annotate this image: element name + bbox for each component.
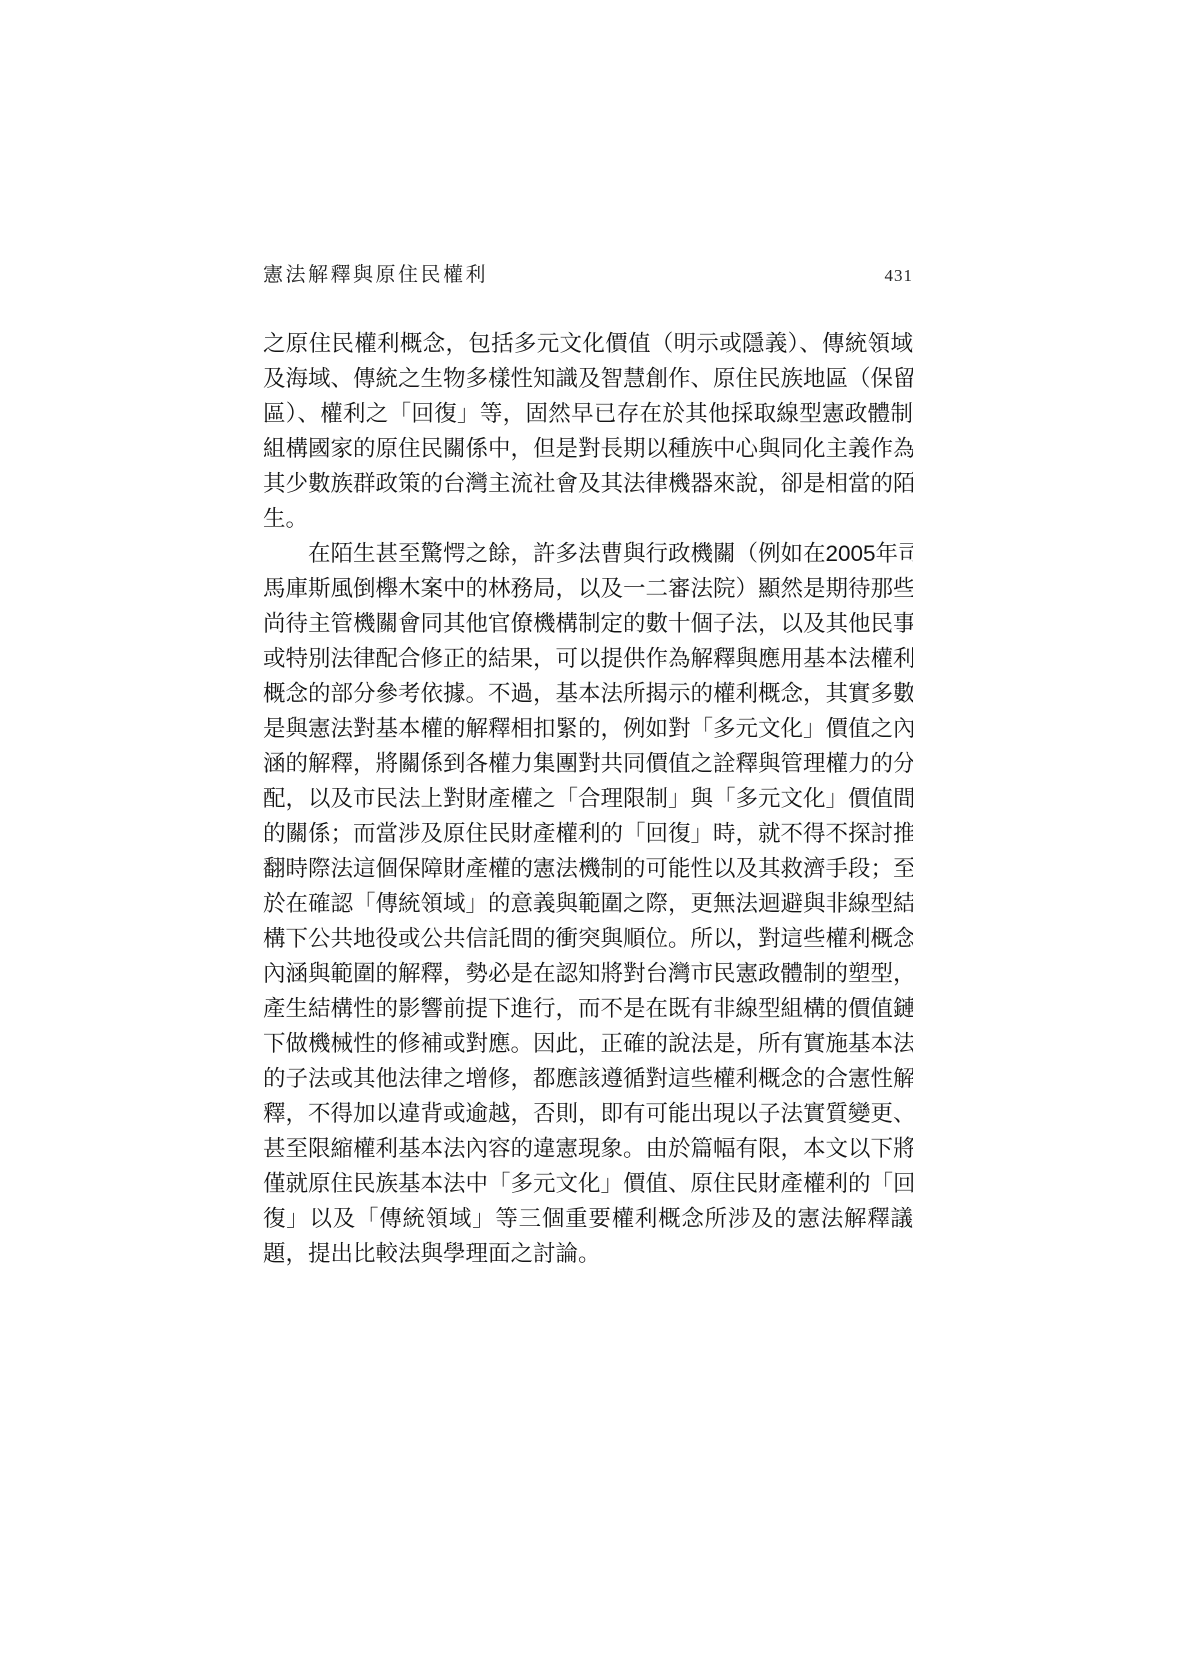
text-line: 構下公共地役或公共信託間的衝突與順位。所以，對這些權利概念 [263, 921, 913, 956]
running-header: 憲法解釋與原住民權利 431 [263, 258, 913, 287]
text-line: 涵的解釋，將關係到各權力集團對共同價值之詮釋與管理權力的分 [263, 746, 913, 781]
text-line: 內涵與範圍的解釋，勢必是在認知將對台灣市民憲政體制的塑型， [263, 956, 913, 991]
text-line: 的關係；而當涉及原住民財產權利的「回復」時，就不得不探討推 [263, 816, 913, 851]
text-line: 及海域、傳統之生物多樣性知識及智慧創作、原住民族地區（保留 [263, 361, 913, 396]
running-header-title: 憲法解釋與原住民權利 [263, 258, 488, 287]
text-line: 生。 [263, 501, 913, 536]
text-line: 是與憲法對基本權的解釋相扣緊的，例如對「多元文化」價值之內 [263, 711, 913, 746]
text-line: 或特別法律配合修正的結果，可以提供作為解釋與應用基本法權利 [263, 641, 913, 676]
text-line: 馬庫斯風倒櫸木案中的林務局，以及一二審法院）顯然是期待那些 [263, 571, 913, 606]
text-line: 配，以及市民法上對財產權之「合理限制」與「多元文化」價值間 [263, 781, 913, 816]
text-line: 之原住民權利概念，包括多元文化價值（明示或隱義）、傳統領域 [263, 326, 913, 361]
text-line: 釋，不得加以違背或逾越，否則，即有可能出現以子法實質變更、 [263, 1096, 913, 1131]
text-line: 概念的部分參考依據。不過，基本法所揭示的權利概念，其實多數 [263, 676, 913, 711]
text-line: 於在確認「傳統領域」的意義與範圍之際，更無法迴避與非線型結 [263, 886, 913, 921]
text-line: 組構國家的原住民關係中，但是對長期以種族中心與同化主義作為 [263, 431, 913, 466]
text-line: 復」以及「傳統領域」等三個重要權利概念所涉及的憲法解釋議 [263, 1201, 913, 1236]
text-line: 在陌生甚至驚愕之餘，許多法曹與行政機關（例如在2005年司 [263, 536, 913, 571]
text-line: 區）、權利之「回復」等，固然早已存在於其他採取線型憲政體制 [263, 396, 913, 431]
text-line: 題，提出比較法與學理面之討論。 [263, 1236, 913, 1271]
text-line: 翻時際法這個保障財產權的憲法機制的可能性以及其救濟手段；至 [263, 851, 913, 886]
text-line: 的子法或其他法律之增修，都應該遵循對這些權利概念的合憲性解 [263, 1061, 913, 1096]
document-page: 憲法解釋與原住民權利 431 之原住民權利概念，包括多元文化價值（明示或隱義）、… [0, 0, 1177, 1664]
body-text: 之原住民權利概念，包括多元文化價值（明示或隱義）、傳統領域 及海域、傳統之生物多… [263, 326, 913, 1271]
text-line: 產生結構性的影響前提下進行，而不是在既有非線型組構的價值鏈 [263, 991, 913, 1026]
text-line: 下做機械性的修補或對應。因此，正確的說法是，所有實施基本法 [263, 1026, 913, 1061]
text-line: 僅就原住民族基本法中「多元文化」價值、原住民財產權利的「回 [263, 1166, 913, 1201]
text-line: 尚待主管機關會同其他官僚機構制定的數十個子法，以及其他民事 [263, 606, 913, 641]
text-line: 甚至限縮權利基本法內容的違憲現象。由於篇幅有限，本文以下將 [263, 1131, 913, 1166]
text-line: 其少數族群政策的台灣主流社會及其法律機器來說，卻是相當的陌 [263, 466, 913, 501]
page-number: 431 [885, 266, 914, 286]
